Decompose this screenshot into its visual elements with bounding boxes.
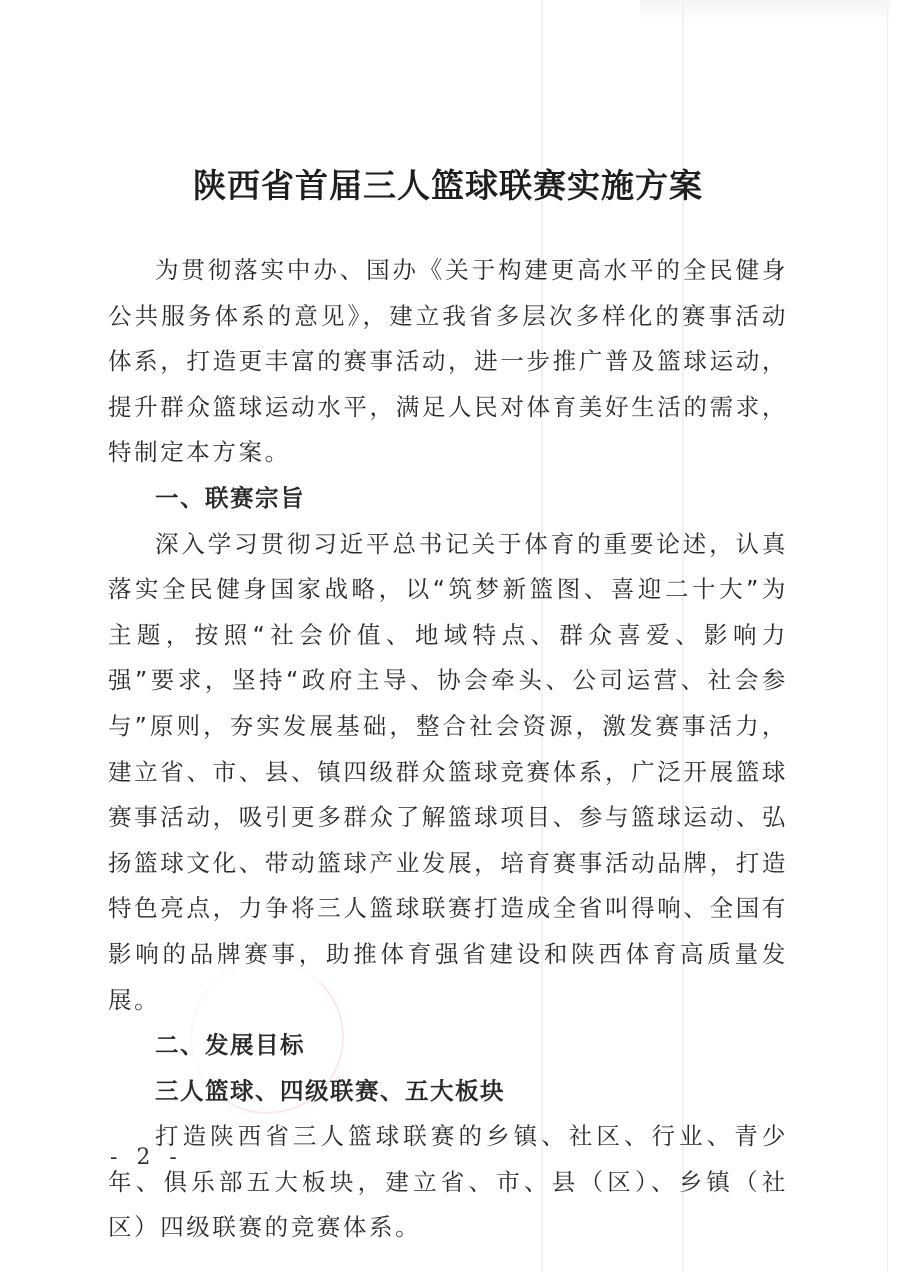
document-body: 为贯彻落实中办、国办《关于构建更高水平的全民健身公共服务体系的意见》，建立我省多… <box>108 248 788 1251</box>
intro-paragraph: 为贯彻落实中办、国办《关于构建更高水平的全民健身公共服务体系的意见》，建立我省多… <box>108 248 788 476</box>
section-subheading-goals: 三人篮球、四级联赛、五大板块 <box>108 1069 788 1115</box>
section-paragraph-purpose: 深入学习贯彻习近平总书记关于体育的重要论述，认真落实全民健身国家战略，以“筑梦新… <box>108 522 788 1024</box>
document-title: 陕西省首届三人篮球联赛实施方案 <box>108 160 788 207</box>
scan-artifact <box>640 0 890 22</box>
section-paragraph-goals: 打造陕西省三人篮球联赛的乡镇、社区、行业、青少年、俱乐部五大板块，建立省、市、县… <box>108 1114 788 1251</box>
scan-artifact-line <box>887 0 888 1272</box>
page-number: - 2 - <box>110 1145 183 1170</box>
section-heading-purpose: 一、联赛宗旨 <box>108 476 788 522</box>
section-heading-goals: 二、发展目标 <box>108 1023 788 1069</box>
